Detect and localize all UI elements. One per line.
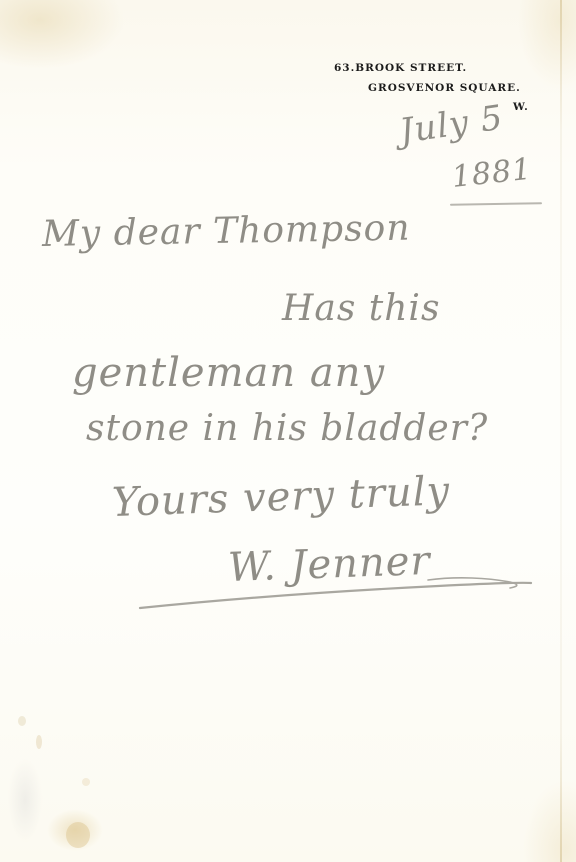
signature-flourish (138, 574, 533, 614)
body-line: gentleman any (72, 350, 385, 396)
letter-page: 63.BROOK STREET. GROSVENOR SQUARE. W. Ju… (0, 0, 576, 862)
letterhead-street: 63.BROOK STREET. (334, 62, 467, 74)
date-month-day: July 5 (397, 98, 506, 152)
closing: Yours very truly (111, 468, 451, 526)
paper-stain (66, 822, 90, 848)
paper-fold-line (560, 0, 562, 862)
body-line: stone in his bladder? (86, 408, 488, 449)
paper-stain (36, 735, 42, 749)
paper-stain (82, 778, 90, 786)
salutation: My dear Thompson (42, 208, 411, 255)
letterhead-district: W. (513, 101, 529, 113)
paper-stain (18, 716, 26, 726)
date-year: 1881 (450, 152, 534, 195)
date-underline (450, 202, 542, 206)
letterhead-square: GROSVENOR SQUARE. (368, 82, 521, 94)
body-line: Has this (282, 288, 440, 329)
